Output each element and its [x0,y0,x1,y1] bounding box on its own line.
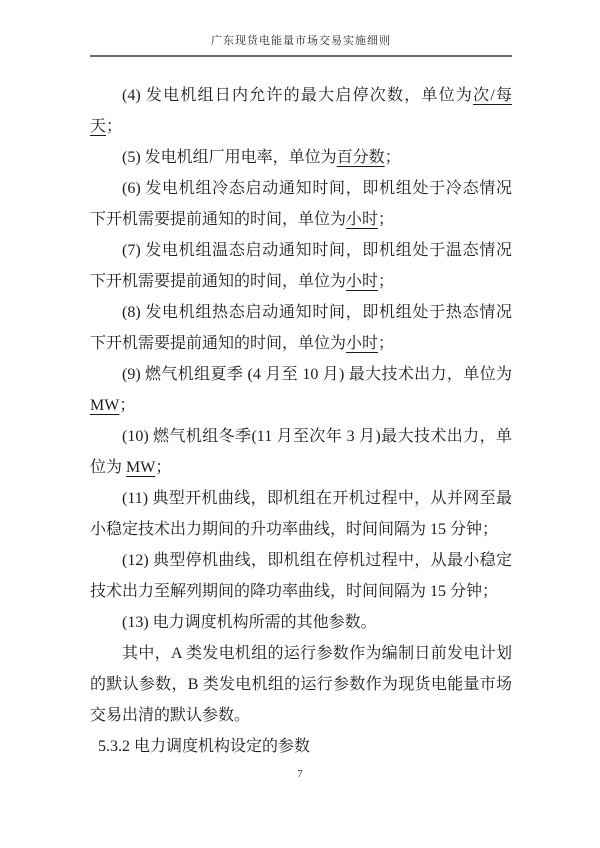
text-segment: (8) 发电机组热态启动通知时间，即机组处于热态情况下开机需要提前通知的时间，单… [90,304,512,352]
page-header: 广东现货电能量市场交易实施细则 [90,34,512,57]
header-title: 广东现货电能量市场交易实施细则 [211,35,391,47]
underlined-term: MW [90,397,119,414]
underlined-term: 小时 [346,335,378,352]
item-13: (13) 电力调度机构所需的其他参数。 [90,607,512,638]
text-segment: 其中，A 类发电机组的运行参数作为编制日前发电计划的默认参数，B 类发电机组的运… [90,645,512,724]
text-segment: (4) 发电机组日内允许的最大启停次数，单位为 [122,87,473,104]
text-segment: ； [385,149,401,166]
item-9: (9) 燃气机组夏季 (4 月至 10 月) 最大技术出力，单位为 MW； [90,359,512,421]
text-segment: ； [378,335,394,352]
underlined-term: MW [126,459,155,476]
item-11: (11) 典型开机曲线，即机组在开机过程中，从并网至最小稳定技术出力期间的升功率… [90,483,512,545]
text-segment: ； [119,397,135,414]
document-page: 广东现货电能量市场交易实施细则 (4) 发电机组日内允许的最大启停次数，单位为次… [0,0,600,848]
page-footer: 7 [0,767,600,781]
item-10: (10) 燃气机组冬季(11 月至次年 3 月)最大技术出力，单位为 MW； [90,421,512,483]
text-segment: ； [378,211,394,228]
text-segment: (5) 发电机组厂用电率，单位为 [122,149,337,166]
text-segment: 5.3.2 电力调度机构设定的参数 [98,738,310,755]
text-segment: (9) 燃气机组夏季 (4 月至 10 月) 最大技术出力，单位为 [122,366,512,383]
item-7: (7) 发电机组温态启动通知时间，即机组处于温态情况下开机需要提前通知的时间，单… [90,235,512,297]
text-segment: (6) 发电机组冷态启动通知时间，即机组处于冷态情况下开机需要提前通知的时间，单… [90,180,512,228]
text-segment: ； [106,118,122,135]
document-body: (4) 发电机组日内允许的最大启停次数，单位为次/每天；(5) 发电机组厂用电率… [90,80,512,762]
note-paragraph: 其中，A 类发电机组的运行参数作为编制日前发电计划的默认参数，B 类发电机组的运… [90,638,512,731]
text-segment: (11) 典型开机曲线，即机组在开机过程中，从并网至最小稳定技术出力期间的升功率… [90,490,512,538]
item-6: (6) 发电机组冷态启动通知时间，即机组处于冷态情况下开机需要提前通知的时间，单… [90,173,512,235]
item-4: (4) 发电机组日内允许的最大启停次数，单位为次/每天； [90,80,512,142]
underlined-term: 小时 [346,273,378,290]
underlined-term: 百分数 [337,149,385,166]
text-segment: (13) 电力调度机构所需的其他参数。 [122,614,377,631]
text-segment: ； [155,459,171,476]
item-8: (8) 发电机组热态启动通知时间，即机组处于热态情况下开机需要提前通知的时间，单… [90,297,512,359]
underlined-term: 小时 [346,211,378,228]
section-heading-5-3-2: 5.3.2 电力调度机构设定的参数 [90,731,512,762]
text-segment: (12) 典型停机曲线，即机组在停机过程中，从最小稳定技术出力至解列期间的降功率… [90,552,512,600]
item-5: (5) 发电机组厂用电率，单位为百分数； [90,142,512,173]
item-12: (12) 典型停机曲线，即机组在停机过程中，从最小稳定技术出力至解列期间的降功率… [90,545,512,607]
text-segment: (7) 发电机组温态启动通知时间，即机组处于温态情况下开机需要提前通知的时间，单… [90,242,512,290]
page-number: 7 [297,768,303,780]
text-segment: ； [378,273,394,290]
